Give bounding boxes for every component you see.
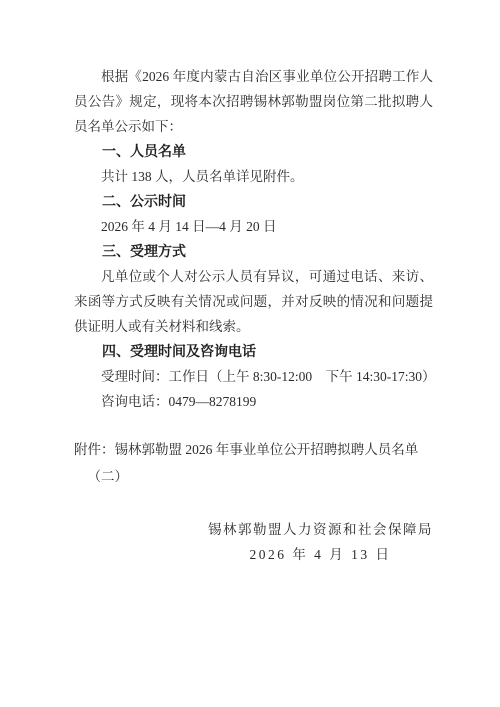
attachment-block: 附件：锡林郭勒盟 2026 年事业单位公开招聘拟聘人员名单 （二） bbox=[74, 436, 433, 490]
attachment-line-2: （二） bbox=[88, 463, 434, 490]
signature-date: 2026 年 4 月 13 日 bbox=[208, 542, 433, 567]
section-acceptance-method: 三、受理方式 凡单位或个人对公示人员有异议，可通过电话、来访、来函等方式反映有关… bbox=[74, 239, 433, 339]
section-4-heading: 四、受理时间及咨询电话 bbox=[74, 339, 433, 364]
signature-inner: 锡林郭勒盟人力资源和社会保障局 2026 年 4 月 13 日 bbox=[208, 517, 433, 567]
section-1-paragraph: 共计 138 人，人员名单详见附件。 bbox=[74, 164, 433, 189]
attachment-line-1: 附件：锡林郭勒盟 2026 年事业单位公开招聘拟聘人员名单 bbox=[74, 436, 433, 463]
section-publicity-period: 二、公示时间 2026 年 4 月 14 日—4 月 20 日 bbox=[74, 189, 433, 239]
intro-paragraph: 根据《2026 年度内蒙古自治区事业单位公开招聘工作人员公告》规定，现将本次招聘… bbox=[74, 64, 433, 139]
inquiry-phone-line: 咨询电话：0479—8278199 bbox=[74, 389, 433, 414]
section-acceptance-time-phone: 四、受理时间及咨询电话 受理时间：工作日（上午 8:30-12:00 下午 14… bbox=[74, 339, 433, 414]
acceptance-time-line: 受理时间：工作日（上午 8:30-12:00 下午 14:30-17:30） bbox=[74, 364, 433, 389]
section-2-paragraph: 2026 年 4 月 14 日—4 月 20 日 bbox=[74, 214, 433, 239]
section-3-paragraph: 凡单位或个人对公示人员有异议，可通过电话、来访、来函等方式反映有关情况或问题，并… bbox=[74, 264, 433, 339]
signature-agency: 锡林郭勒盟人力资源和社会保障局 bbox=[208, 517, 433, 542]
section-1-heading: 一、人员名单 bbox=[74, 139, 433, 164]
document-content: 根据《2026 年度内蒙古自治区事业单位公开招聘工作人员公告》规定，现将本次招聘… bbox=[0, 0, 500, 567]
section-personnel-list: 一、人员名单 共计 138 人，人员名单详见附件。 bbox=[74, 139, 433, 189]
section-2-heading: 二、公示时间 bbox=[74, 189, 433, 214]
section-3-heading: 三、受理方式 bbox=[74, 239, 433, 264]
signature-block: 锡林郭勒盟人力资源和社会保障局 2026 年 4 月 13 日 bbox=[74, 517, 433, 567]
document-page: 根据《2026 年度内蒙古自治区事业单位公开招聘工作人员公告》规定，现将本次招聘… bbox=[0, 0, 500, 707]
